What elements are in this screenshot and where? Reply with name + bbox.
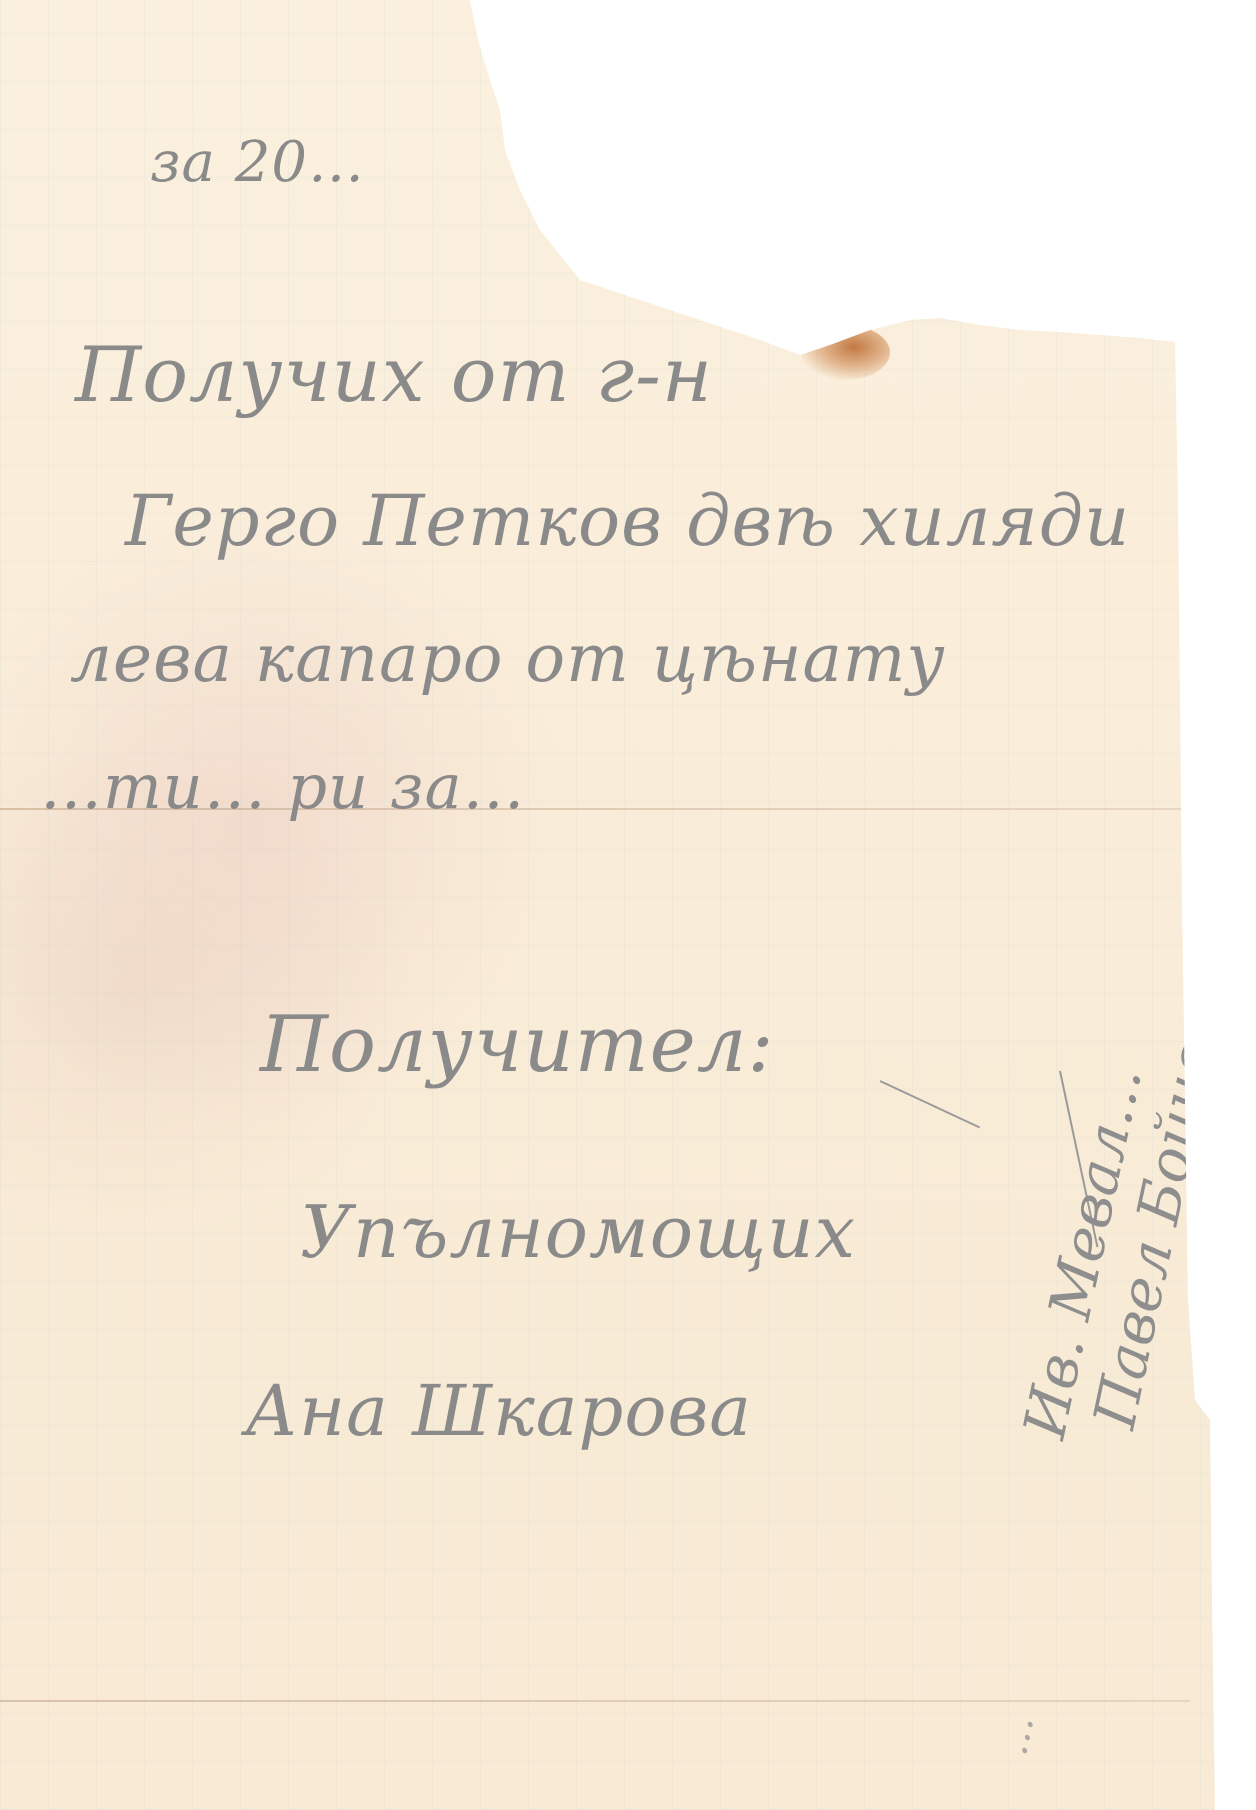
receipt-line-1: Получих от г-н	[75, 330, 713, 419]
graph-grid	[0, 0, 1256, 1810]
receipt-line-2: Герго Петков двѣ хиляди	[125, 480, 1130, 562]
signatory-name: Ана Шкарова	[245, 1370, 752, 1452]
pen-stroke	[880, 1080, 981, 1128]
margin-signature-3: …	[990, 1711, 1043, 1760]
rust-stain	[800, 325, 890, 380]
fold-crease	[0, 1700, 1190, 1702]
paper-sheet: за 20… Получих от г-н Герго Петков двѣ х…	[0, 0, 1256, 1810]
authorized-label: Упълномощих	[300, 1190, 856, 1274]
receipt-line-4: …ти… ри за…	[40, 750, 526, 823]
receipt-line-3: лева капаро от цѣнату	[70, 620, 946, 697]
recipient-label: Получител:	[260, 1000, 775, 1090]
header-date-fragment: за 20…	[150, 130, 365, 195]
